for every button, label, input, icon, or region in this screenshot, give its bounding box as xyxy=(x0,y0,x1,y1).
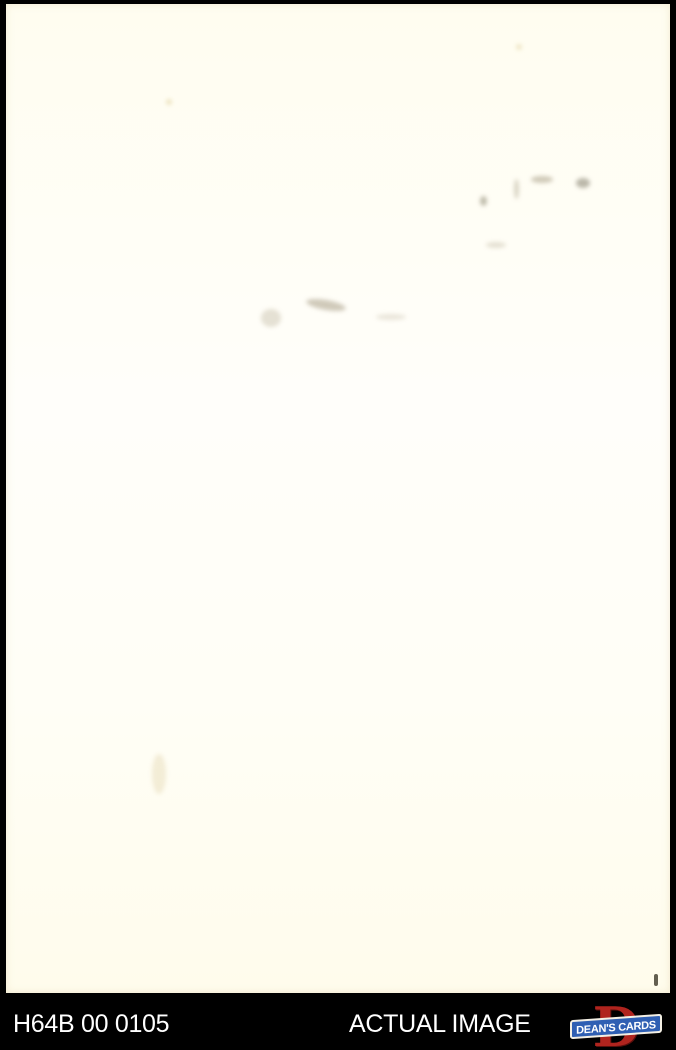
actual-image-label: ACTUAL IMAGE xyxy=(349,1010,531,1039)
stain-mark xyxy=(376,314,406,320)
stain-mark xyxy=(531,176,553,183)
stain-mark xyxy=(486,242,506,248)
stain-mark xyxy=(576,178,590,188)
card-back-scan xyxy=(6,4,670,993)
deans-cards-logo: D DEAN'S CARDS xyxy=(570,1004,666,1050)
stain-mark xyxy=(152,754,166,794)
stain-mark xyxy=(166,99,172,105)
card-id: H64B 00 0105 xyxy=(13,1010,169,1039)
ink-mark xyxy=(654,974,658,986)
logo-banner: DEAN'S CARDS xyxy=(570,1014,662,1039)
stain-mark xyxy=(514,179,519,199)
stain-mark xyxy=(261,309,281,327)
stain-mark xyxy=(480,196,487,206)
stain-mark xyxy=(305,297,346,314)
footer-bar: H64B 00 0105 ACTUAL IMAGE D DEAN'S CARDS xyxy=(0,996,676,1050)
stain-mark xyxy=(516,44,522,50)
